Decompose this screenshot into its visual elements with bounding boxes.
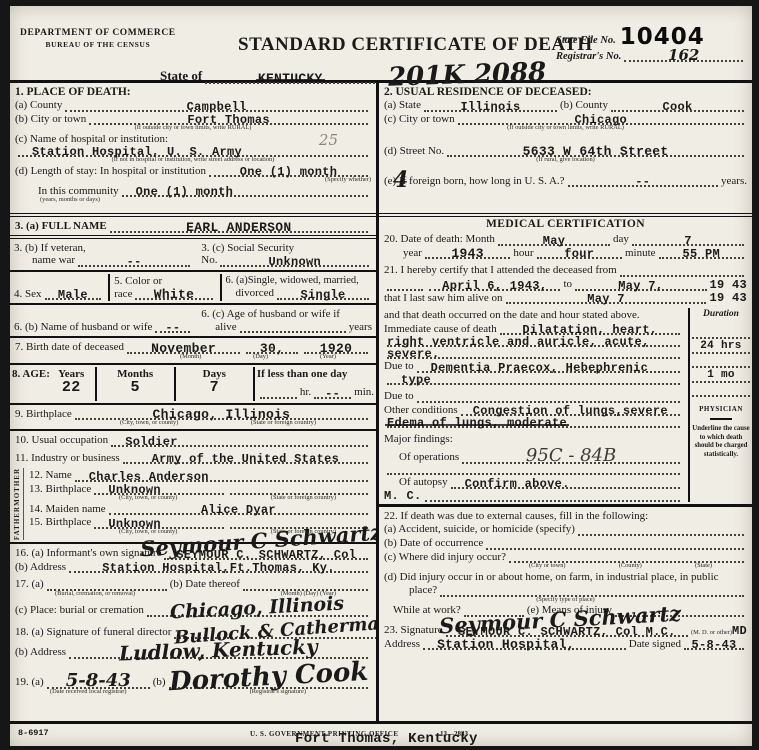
age-months-value: 5	[99, 380, 172, 395]
sig23-label: 23. Signature	[384, 624, 443, 637]
race-value: White	[154, 288, 195, 301]
sig23-addr-label: Address	[384, 638, 420, 651]
section-funeral-director: 18. (a) Signature of funeral director Bu…	[10, 619, 376, 661]
section-industry: 11. Industry or business Army of the Uni…	[10, 449, 376, 467]
funeral-addr-handwriting: Ludlow, Kentucky	[119, 636, 318, 663]
certificate-header: DEPARTMENT OF COMMERCE BUREAU OF THE CEN…	[10, 6, 752, 80]
res-foreign-label: (e) If foreign born, how long in U. S. A…	[384, 175, 565, 188]
attended-to: May 7,	[618, 280, 663, 292]
dod-day-label: day	[613, 233, 629, 246]
res-street-note: (If rural, give location)	[536, 157, 595, 163]
hospital-label: (c) Name of hospital or institution:	[15, 133, 168, 146]
medical-heading: MEDICAL CERTIFICATION	[379, 217, 752, 230]
dod-hour-label: hour	[513, 247, 533, 260]
operations-label: Of operations	[399, 451, 459, 464]
sig23-date-value: 5-8-43	[691, 639, 736, 651]
certificate-page: DEPARTMENT OF COMMERCE BUREAU OF THE CEN…	[10, 6, 752, 746]
other-line2: Edema of lungs, moderate	[387, 417, 567, 429]
reg19-a-label: 19. (a)	[15, 676, 44, 689]
birthplace-label: 9. Birthplace	[15, 408, 72, 421]
race-label: 5. Color or	[114, 275, 215, 288]
findings-label: Major findings:	[384, 433, 453, 446]
sig23-date-label: Date signed	[629, 638, 681, 651]
age-min-label: min.	[354, 386, 374, 399]
external-c-note1: (City or town)	[529, 563, 566, 569]
right-column: 2. USUAL RESIDENCE OF DECEASED: (a) Stat…	[379, 83, 752, 721]
external-d-label: (d) Did injury occur in or about home, o…	[384, 571, 719, 584]
attended-label: 21. I hereby certify that I attended the…	[384, 264, 617, 277]
due2-label: Due to	[384, 390, 414, 403]
form-number: 8-6917	[18, 728, 49, 738]
city-label: (b) City or town	[15, 113, 86, 126]
spouse-age-suffix: years	[349, 321, 372, 334]
marital-label: 6. (a)Single, widowed, married,	[226, 275, 372, 287]
funeral-sig-label: 18. (a) Signature of funeral director	[15, 626, 171, 639]
section-place-of-death: 1. PLACE OF DEATH: (a) County Campbell (…	[10, 83, 376, 217]
section-veteran-ssn: 3. (b) If veteran, name war -- 3. (c) So…	[10, 239, 376, 272]
registrar-no-value: 162	[668, 48, 699, 63]
note-day: (Day)	[253, 354, 268, 360]
external-d-label2: place?	[409, 584, 437, 597]
parents-note2: (State or foreign country)	[271, 495, 336, 501]
autopsy-label: Of autopsy	[399, 476, 448, 489]
section-informant: Seymour C Schwartz 16. (a) Informant's o…	[10, 544, 376, 575]
section-full-name: 3. (a) FULL NAME EARL ANDERSON	[10, 217, 376, 239]
mother-side-label: MOTHER	[13, 468, 21, 506]
reg19-a-note: (Date received local registrar)	[50, 689, 126, 695]
agency-line1: DEPARTMENT OF COMMERCE	[20, 28, 176, 40]
father-name-value: Charles Anderson	[89, 471, 209, 483]
section-attended: 21. I hereby certify that I attended the…	[379, 261, 752, 306]
attended-to-year: 19 43	[710, 279, 748, 291]
mother-name-value: Alice Dyar	[201, 504, 276, 516]
spouse-label: 6. (b) Name of husband or wife	[14, 321, 152, 334]
age-label: 8. AGE:	[12, 368, 50, 399]
marital-label2: divorced	[236, 287, 274, 300]
immediate-label: Immediate cause of death	[384, 323, 497, 336]
birthplace-note2: (State or foreign country)	[251, 420, 316, 426]
age-years-value: 22	[50, 380, 93, 395]
saw-year: 19 43	[709, 292, 747, 304]
external-c-note2: (County)	[619, 563, 642, 569]
saw-value: May 7	[587, 293, 625, 305]
informant-addr-value: Station Hospital,Ft.Thomas, Ky.	[102, 562, 335, 574]
autopsy-value: Confirm above.	[465, 478, 570, 490]
due1-line2: type	[401, 374, 431, 386]
residence-heading: 2. USUAL RESIDENCE OF DECEASED:	[379, 85, 752, 98]
note-month: (Month)	[180, 354, 201, 360]
fullname-label: 3. (a) FULL NAME	[15, 220, 107, 233]
industry-value: Army of the United States	[152, 453, 340, 465]
funeral-addr-label: (b) Address	[15, 646, 66, 659]
res-foreign-suffix: years.	[721, 175, 747, 188]
state-of-label: State of	[160, 68, 202, 84]
res-city-label: (c) City or town	[384, 113, 455, 126]
veteran-label: 3. (b) If veteran,	[14, 242, 193, 255]
fullname-value: EARL ANDERSON	[186, 221, 291, 234]
external-c-note3: (State)	[695, 563, 712, 569]
father-birthplace-label: 13. Birthplace	[29, 483, 91, 496]
due1-label: Due to	[384, 360, 414, 373]
death-statement: and that death occurred on the date and …	[384, 309, 640, 322]
marital-value: Single	[301, 289, 346, 301]
section-burial: 17. (a) (b) Date thereof (Burial, cremat…	[10, 575, 376, 618]
section-external-causes: 22. If death was due to external causes,…	[379, 504, 752, 619]
age-less-label: If less than one day	[257, 368, 374, 381]
operations-handwriting: 95C - 84B	[526, 447, 616, 465]
physician-label: PHYSICIAN	[699, 405, 743, 413]
dod-label: 20. Date of death: Month	[384, 233, 495, 246]
other-label: Other conditions	[384, 404, 458, 417]
ssn-value: Unknown	[268, 256, 321, 268]
dod-minute: 55 PM	[683, 248, 721, 260]
age-hr-label: hr.	[300, 386, 311, 399]
sig23-md-note: (M. D. or other)	[691, 630, 732, 636]
section-spouse: 6. (b) Name of husband or wife -- 6. (c)…	[10, 305, 376, 338]
ssn-label: 3. (c) Social Security	[201, 242, 372, 255]
pencil-annotation: 25	[319, 131, 338, 149]
duration-label: Duration	[703, 309, 739, 319]
mother-name-label: 14. Maiden name	[29, 503, 106, 516]
spouse-age-label2: alive	[215, 321, 236, 334]
father-name-label: 12. Name	[29, 469, 72, 482]
section-registrar: 19. (a) 5-8-43 (b) Dorothy Cook (Date re…	[10, 661, 376, 697]
external-heading: 22. If death was due to external causes,…	[384, 510, 648, 523]
community-note: (years, months or days)	[40, 197, 100, 203]
spouse-value: --	[165, 322, 180, 334]
mc-value: M. C.	[384, 490, 422, 502]
age-hr-value: --	[325, 388, 340, 400]
veteran-label2: name war	[32, 254, 75, 267]
res-city-note: (If outside city or town limits, write R…	[507, 125, 624, 131]
attended-from: April 6, 1943,	[442, 280, 547, 292]
parents-note1: (City, town, or county)	[119, 495, 177, 501]
occupation-value: Soldier	[125, 436, 178, 448]
informant-addr-label: (b) Address	[15, 561, 66, 574]
address-line2: Fort Thomas, Kentucky	[295, 732, 478, 746]
section-age: 8. AGE: Years 22 Months 5 Days 7	[10, 365, 376, 405]
note-year: (Year)	[320, 354, 336, 360]
state-file-label: State File No.	[556, 35, 616, 46]
section-sex-race-marital: 4. Sex Male 5. Color or race White 6. (a…	[10, 272, 376, 305]
birthplace-note1: (City, town, or county)	[120, 420, 178, 426]
reg19-date-handwriting: 5-8-43	[66, 672, 131, 690]
immediate-line3: severe.	[387, 348, 440, 360]
stay-value: One (1) month	[240, 166, 338, 178]
reg19-b-label: (b)	[153, 676, 166, 689]
res-state-value: Illinois	[460, 101, 520, 113]
dod-minute-label: minute	[625, 247, 656, 260]
burial-a-label: 17. (a)	[15, 578, 44, 591]
stay-label: (d) Length of stay: In hospital or insti…	[15, 165, 206, 178]
left-column: 1. PLACE OF DEATH: (a) County Campbell (…	[10, 83, 379, 721]
sex-label: 4. Sex	[14, 288, 42, 301]
father-side-label: FATHER	[13, 506, 21, 540]
age-days-value: 7	[178, 380, 251, 395]
due1-duration: 1 mo	[692, 370, 750, 383]
section-birthdate: 7. Birth date of deceased November 30, 1…	[10, 338, 376, 364]
place-heading: 1. PLACE OF DEATH:	[10, 85, 376, 98]
external-b-label: (b) Date of occurrence	[384, 537, 483, 550]
section-residence: 2. USUAL RESIDENCE OF DECEASED: (a) Stat…	[379, 83, 752, 217]
veteran-value: --	[127, 256, 142, 268]
dod-month: May	[543, 235, 566, 247]
section-occupation: 10. Usual occupation Soldier	[10, 431, 376, 449]
mother-birthplace-label: 15. Birthplace	[29, 516, 91, 529]
spouse-age-label: 6. (c) Age of husband or wife if	[201, 308, 372, 321]
stay-note: (Specify whether)	[325, 177, 371, 183]
section-date-of-death: 20. Date of death: Month May day 7 year …	[379, 230, 752, 261]
saw-label: that I last saw him alive on	[384, 292, 503, 305]
dod-hour: four	[564, 248, 594, 260]
rail-divider	[710, 418, 732, 420]
sig23-addr-value: Station Hospital,	[437, 638, 575, 651]
city-note: (If outside city or town limits, write R…	[135, 125, 252, 131]
immediate-duration: 24 hrs	[692, 341, 750, 354]
ssn-label2: No.	[201, 254, 217, 267]
res-foreign-value: --	[635, 176, 650, 188]
birthdate-label: 7. Birth date of deceased	[15, 341, 124, 354]
footer: 8-6917 U. S. GOVERNMENT PRINTING OFFICE …	[10, 724, 752, 750]
residence-handwriting-4: 4	[393, 169, 408, 191]
external-a-label: (a) Accident, suicide, or homicide (spec…	[384, 523, 575, 536]
res-street-label: (d) Street No.	[384, 145, 444, 158]
sex-value: Male	[58, 289, 88, 301]
dod-day: 7	[684, 235, 692, 247]
res-county-value: Cook	[662, 101, 692, 113]
duration-physician-rail: Duration 24 hrs 1 mo PHYSICIAN Underline…	[688, 308, 752, 501]
section-birthplace: 9. Birthplace Chicago, Illinois (City, t…	[10, 405, 376, 431]
burial-a-note: (Burial, cremation, or removal)	[55, 591, 135, 597]
burial-date-label: (b) Date thereof	[170, 578, 240, 591]
external-d-note: (Specify type of place)	[536, 597, 594, 603]
burial-place-label: (c) Place: burial or cremation	[15, 604, 144, 617]
race-label2: race	[114, 288, 132, 301]
agency-line2: BUREAU OF THE CENSUS	[20, 40, 176, 49]
underline-note: Underline the cause to which death shoul…	[692, 425, 750, 459]
res-county-label: (b) County	[560, 99, 608, 112]
due1-line1: Dementia Praecox, Hebephrenic	[431, 362, 649, 374]
agency-name: DEPARTMENT OF COMMERCE BUREAU OF THE CEN…	[20, 28, 176, 49]
dod-year: 1943	[451, 247, 483, 260]
county-value: Campbell	[187, 101, 247, 113]
res-state-label: (a) State	[384, 99, 421, 112]
dod-year-label: year	[403, 247, 422, 260]
registrar-no-label: Registrar's No.	[556, 51, 621, 62]
section-physician-signature: Seymour C Schwartz 23. Signature SEYMOUR…	[379, 621, 752, 652]
industry-label: 11. Industry or business	[15, 452, 120, 465]
occupation-label: 10. Usual occupation	[15, 434, 108, 447]
form-body: 1. PLACE OF DEATH: (a) County Campbell (…	[10, 80, 752, 724]
sig23-md-value: MD	[732, 625, 747, 637]
state-of-line: State of KENTUCKY 201K 2088	[160, 62, 590, 84]
county-label: (a) County	[15, 99, 62, 112]
certificate-title: STANDARD CERTIFICATE OF DEATH	[238, 34, 593, 56]
community-value: One (1) month	[136, 186, 234, 198]
file-number-block: State File No. 10404 Registrar's No. 162	[556, 30, 746, 62]
attended-to-label: to	[563, 278, 572, 291]
section-cause-of-death: and that death occurred on the date and …	[379, 306, 752, 503]
parents-side-labels: MOTHER FATHER	[10, 468, 24, 540]
hospital-note: (If not in hospital or institution, writ…	[112, 157, 275, 163]
external-c-label: (c) Where did injury occur?	[384, 551, 506, 564]
